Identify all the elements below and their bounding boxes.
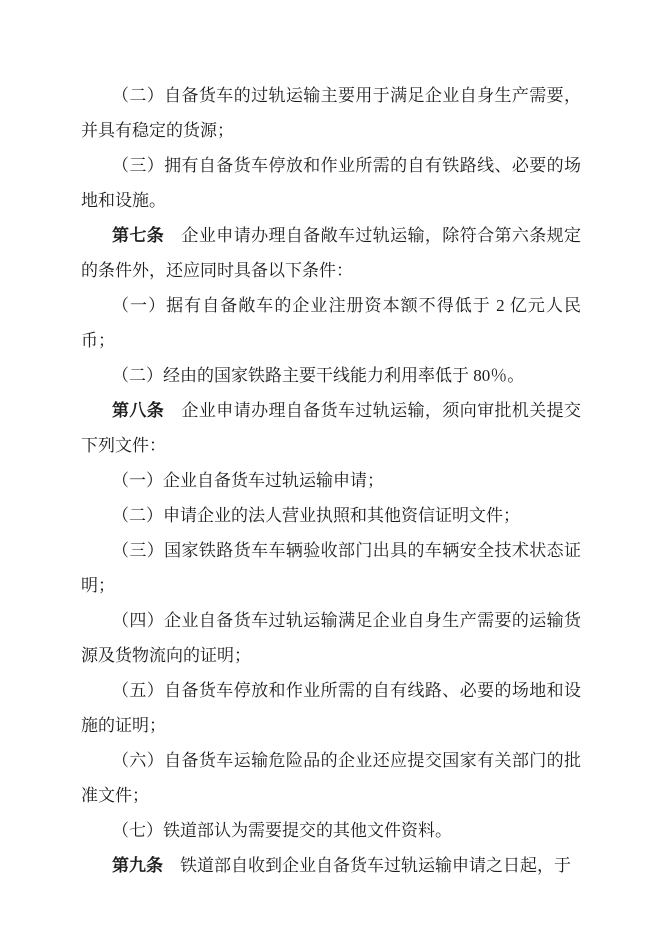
paragraph: （七）铁道部认为需要提交的其他文件资料。 <box>81 813 581 848</box>
paragraph: 第九条 铁道部自收到企业自备货车过轨运输申请之日起，于 <box>81 848 581 883</box>
paragraph: （三）拥有自备货车停放和作业所需的自有铁路线、必要的场地和设施。 <box>81 148 581 218</box>
paragraph-text: （二）申请企业的法人营业执照和其他资信证明文件； <box>112 506 520 525</box>
paragraph-text: （二）经由的国家铁路主要干线能力利用率低于 80％。 <box>112 366 524 385</box>
paragraph: （六）自备货车运输危险品的企业还应提交国家有关部门的批准文件； <box>81 743 581 813</box>
paragraph-text: （七）铁道部认为需要提交的其他文件资料。 <box>112 821 452 840</box>
paragraph-text: （一）据有自备敞车的企业注册资本额不得低于 2 亿元人民币； <box>81 296 581 350</box>
paragraph: 第八条 企业申请办理自备货车过轨运输，须向审批机关提交下列文件： <box>81 393 581 463</box>
paragraph: （三）国家铁路货车车辆验收部门出具的车辆安全技术状态证明； <box>81 533 581 603</box>
paragraph-text: 铁道部自收到企业自备货车过轨运输申请之日起，于 <box>163 856 571 875</box>
paragraph-text: （三）国家铁路货车车辆验收部门出具的车辆安全技术状态证明； <box>81 541 581 595</box>
paragraph: （一）企业自备货车过轨运输申请； <box>81 463 581 498</box>
paragraph-text: （一）企业自备货车过轨运输申请； <box>112 471 384 490</box>
paragraph: （二）申请企业的法人营业执照和其他资信证明文件； <box>81 498 581 533</box>
paragraph: （五）自备货车停放和作业所需的自有线路、必要的场地和设施的证明； <box>81 673 581 743</box>
document-page: （二）自备货车的过轨运输主要用于满足企业自身生产需要，并具有稳定的货源； （三）… <box>0 0 661 935</box>
paragraph-text: （二）自备货车的过轨运输主要用于满足企业自身生产需要，并具有稳定的货源； <box>81 86 581 140</box>
article-number: 第七条 <box>112 226 164 245</box>
paragraph-text: （四）企业自备货车过轨运输满足企业自身生产需要的运输货源及货物流向的证明； <box>81 611 581 665</box>
paragraph-text: （五）自备货车停放和作业所需的自有线路、必要的场地和设施的证明； <box>81 681 581 735</box>
paragraph: （四）企业自备货车过轨运输满足企业自身生产需要的运输货源及货物流向的证明； <box>81 603 581 673</box>
article-number: 第九条 <box>112 856 163 875</box>
paragraph-text: （三）拥有自备货车停放和作业所需的自有铁路线、必要的场地和设施。 <box>81 156 581 210</box>
paragraph-text: （六）自备货车运输危险品的企业还应提交国家有关部门的批准文件； <box>81 751 581 805</box>
paragraph: 第七条 企业申请办理自备敞车过轨运输，除符合第六条规定的条件外，还应同时具备以下… <box>81 218 581 288</box>
paragraph: （二）经由的国家铁路主要干线能力利用率低于 80％。 <box>81 358 581 393</box>
paragraph: （二）自备货车的过轨运输主要用于满足企业自身生产需要，并具有稳定的货源； <box>81 78 581 148</box>
paragraph: （一）据有自备敞车的企业注册资本额不得低于 2 亿元人民币； <box>81 288 581 358</box>
article-number: 第八条 <box>112 401 164 420</box>
document-body: （二）自备货车的过轨运输主要用于满足企业自身生产需要，并具有稳定的货源； （三）… <box>81 78 581 883</box>
